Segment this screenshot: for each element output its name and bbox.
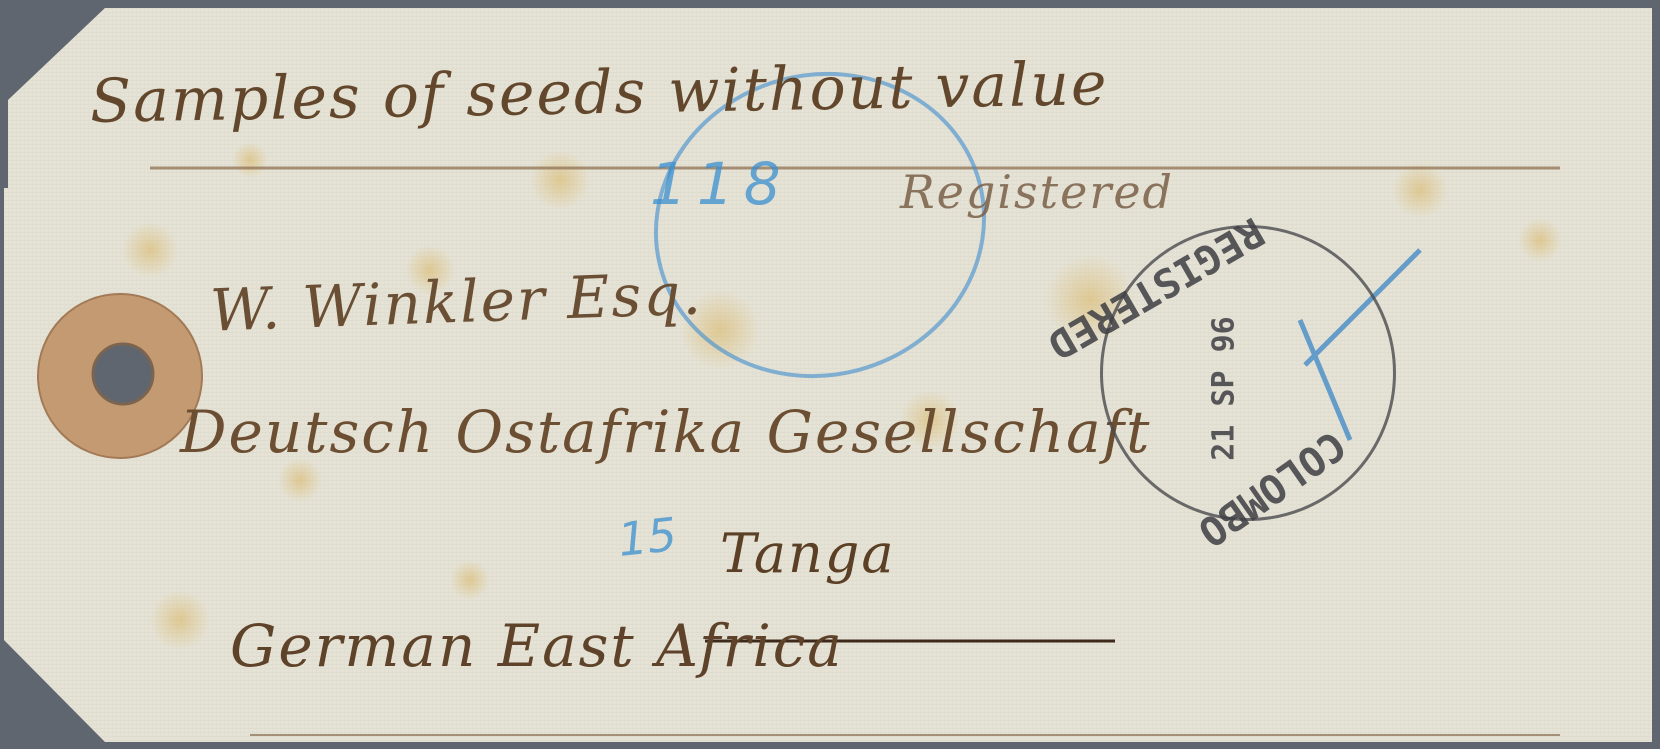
handwriting-registered: Registered: [900, 165, 1174, 219]
crayon-oval-number: 118: [650, 150, 791, 218]
handwriting-city: Tanga: [720, 522, 896, 585]
parcel-tag: 118 15 Samples of seeds without value Re…: [0, 0, 1660, 749]
crayon-lower-number: 15: [615, 507, 679, 567]
handwriting-country: German East Africa: [230, 612, 844, 680]
postmark-date: 21 SP 96: [1206, 316, 1241, 461]
registered-postmark: COLOMBO REGISTERED 21 SP 96: [1100, 225, 1396, 521]
handwriting-company: Deutsch Ostafrika Gesellschaft: [180, 398, 1151, 466]
